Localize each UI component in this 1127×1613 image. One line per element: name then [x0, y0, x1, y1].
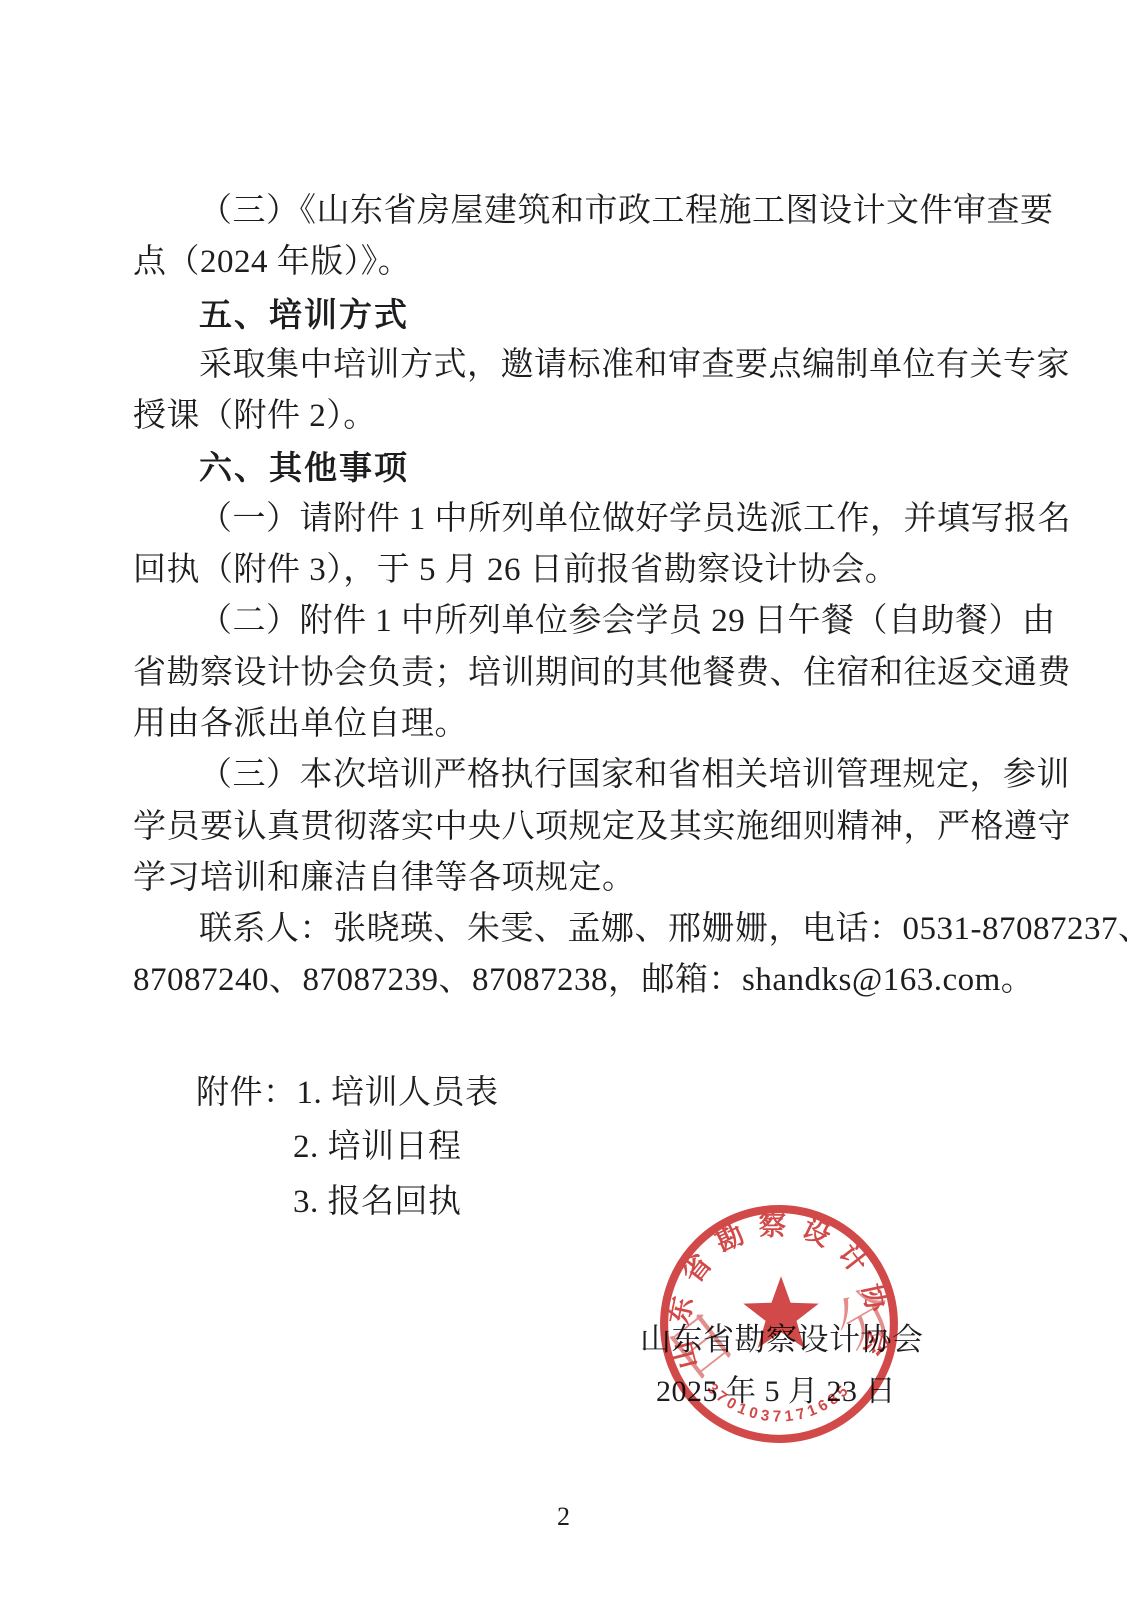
- seal-serial-number: 3701037171685: [704, 1380, 855, 1425]
- document-page: （三）《山东省房屋建筑和市政工程施工图设计文件审查要 点（2024 年版）》。 …: [0, 0, 1127, 1613]
- attachments-line: 附件：1. 培训人员表: [196, 1066, 499, 1113]
- contact-line: 联系人：张晓瑛、朱雯、孟娜、邢姗姗，电话：0531-87087237、: [133, 904, 1073, 955]
- body-line: （三）《山东省房屋建筑和市政工程施工图设计文件审查要: [133, 186, 1073, 237]
- official-seal: 山东省勘察设计协会 3701037171685 日 分: [657, 1202, 901, 1446]
- attachment-item-2: 2. 培训日程: [293, 1120, 462, 1167]
- page-number: 2: [0, 1502, 1127, 1532]
- attachments-label: 附件：: [196, 1075, 297, 1111]
- contact-line-2: 87087240、87087239、87087238，邮箱：shandks@16…: [133, 955, 1073, 1006]
- body-line: （一）请附件 1 中所列单位做好学员选派工作，并填写报名: [133, 494, 1073, 545]
- attachment-item-3: 3. 报名回执: [293, 1175, 462, 1222]
- section-heading-6: 六、其他事项: [133, 442, 1073, 493]
- body-line: 授课（附件 2）。: [133, 391, 1073, 442]
- body-line: 点（2024 年版）》。: [133, 237, 1073, 288]
- seal-star-icon: [743, 1276, 818, 1348]
- body-line: （三）本次培训严格执行国家和省相关培训管理规定，参训: [133, 750, 1073, 801]
- body-line: 学习培训和廉洁自律等各项规定。: [133, 853, 1073, 904]
- body-line: 采取集中培训方式，邀请标准和审查要点编制单位有关专家: [133, 340, 1073, 391]
- body-line: 回执（附件 3），于 5 月 26 日前报省勘察设计协会。: [133, 545, 1073, 596]
- body-line: 省勘察设计协会负责；培训期间的其他餐费、住宿和往返交通费: [133, 648, 1073, 699]
- body-line: 用由各派出单位自理。: [133, 699, 1073, 750]
- body-line: 学员要认真贯彻落实中央八项规定及其实施细则精神，严格遵守: [133, 802, 1073, 853]
- body-line: （二）附件 1 中所列单位参会学员 29 日午餐（自助餐）由: [133, 596, 1073, 647]
- section-heading-5: 五、培训方式: [133, 289, 1073, 340]
- document-body: （三）《山东省房屋建筑和市政工程施工图设计文件审查要 点（2024 年版）》。 …: [133, 186, 1073, 1007]
- attachment-item-1: 1. 培训人员表: [297, 1075, 499, 1111]
